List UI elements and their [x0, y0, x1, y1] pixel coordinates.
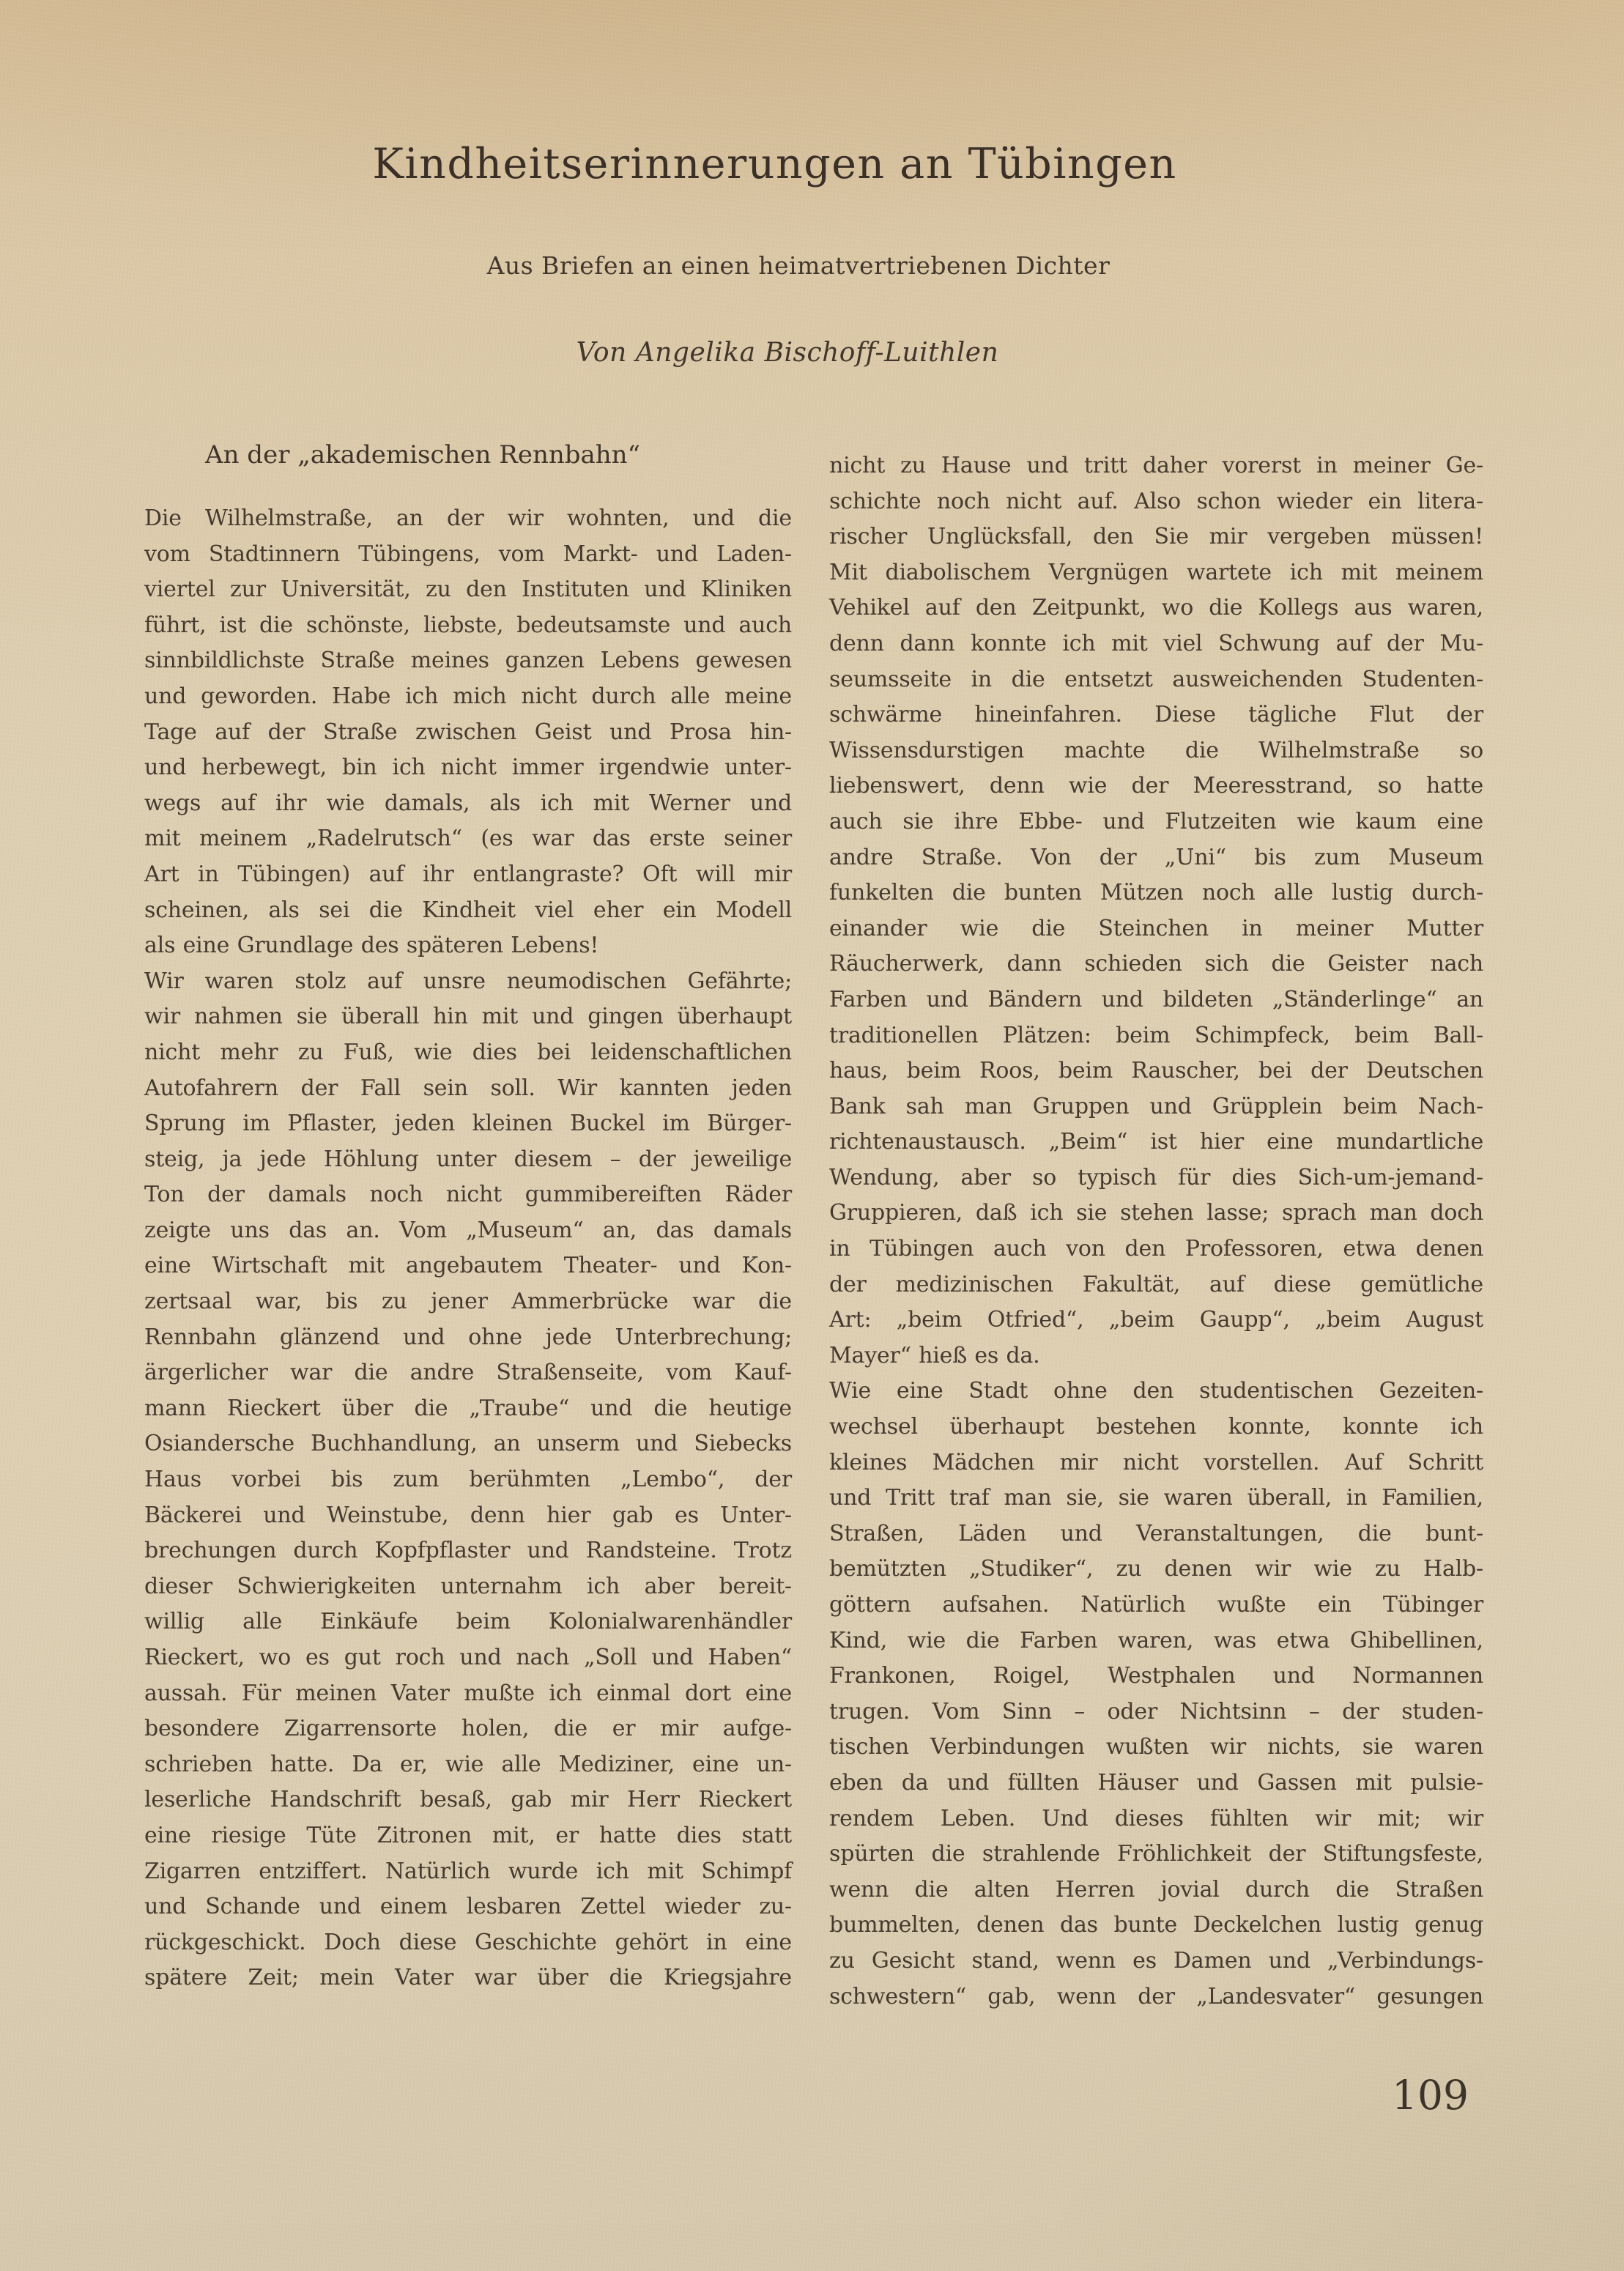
text-line: haus, beim Roos, beim Rauscher, bei der … [829, 1053, 1483, 1089]
text-line: auch sie ihre Ebbe- und Flutzeiten wie k… [829, 804, 1483, 840]
text-line: Die Wilhelmstraße, an der wir wohnten, u… [144, 501, 792, 537]
text-line: spürten die strahlende Fröhlichkeit der … [829, 1837, 1483, 1872]
text-line: rischer Unglücksfall, den Sie mir vergeb… [829, 519, 1483, 555]
text-line: in Tübingen auch von den Professoren, et… [829, 1231, 1483, 1267]
text-line: Art in Tübingen) auf ihr entlangraste? O… [144, 857, 792, 893]
text-line: Zigarren entziffert. Natürlich wurde ich… [144, 1854, 792, 1890]
text-line: willig alle Einkäufe beim Kolonialwarenh… [144, 1604, 792, 1640]
text-line: Farben und Bändern und bildeten „Ständer… [829, 982, 1483, 1018]
text-line: denn dann konnte ich mit viel Schwung au… [829, 626, 1483, 662]
text-line: Straßen, Läden und Veranstaltungen, die … [829, 1516, 1483, 1552]
text-line: leserliche Handschrift besaß, gab mir He… [144, 1782, 792, 1818]
right-column-text: nicht zu Hause und tritt daher vorerst i… [829, 448, 1483, 2015]
text-line: und Schande und einem lesbaren Zettel wi… [144, 1889, 792, 1925]
text-line: viertel zur Universität, zu den Institut… [144, 572, 792, 608]
text-line: ärgerlicher war die andre Straßenseite, … [144, 1355, 792, 1391]
text-line: wechsel überhaupt bestehen konnte, konnt… [829, 1409, 1483, 1445]
text-line: und herbewegt, bin ich nicht immer irgen… [144, 750, 792, 786]
text-line: nicht zu Hause und tritt daher vorerst i… [829, 448, 1483, 484]
page-subtitle: Aus Briefen an einen heimatvertriebenen … [0, 250, 1597, 282]
left-column-text: Die Wilhelmstraße, an der wir wohnten, u… [144, 501, 792, 1996]
text-line: bemützten „Studiker“, zu denen wir wie z… [829, 1552, 1483, 1588]
text-line: göttern aufsahen. Natürlich wußte ein Tü… [829, 1588, 1483, 1623]
text-line: Ton der damals noch nicht gummibereiften… [144, 1177, 792, 1213]
text-line: mann Rieckert über die „Traube“ und die … [144, 1391, 792, 1427]
text-line: vom Stadtinnern Tübingens, vom Markt- un… [144, 537, 792, 573]
text-line: Gruppieren, daß ich sie stehen lasse; sp… [829, 1196, 1483, 1231]
text-line: richtenaustausch. „Beim“ ist hier eine m… [829, 1125, 1483, 1160]
text-line: nicht mehr zu Fuß, wie dies bei leidensc… [144, 1035, 792, 1071]
text-line: eben da und füllten Häuser und Gassen mi… [829, 1766, 1483, 1801]
text-line: steig, ja jede Höhlung unter diesem – de… [144, 1142, 792, 1178]
text-line: Bäckerei und Weinstube, denn hier gab es… [144, 1498, 792, 1534]
text-line: Wir waren stolz auf unsre neumodischen G… [144, 964, 792, 1000]
text-line: Frankonen, Roigel, Westphalen und Norman… [829, 1659, 1483, 1694]
text-line: rendem Leben. Und dieses fühlten wir mit… [829, 1801, 1483, 1837]
text-line: der medizinischen Fakultät, auf diese ge… [829, 1267, 1483, 1303]
text-line: führt, ist die schönste, liebste, bedeut… [144, 608, 792, 644]
text-line: Sprung im Pflaster, jeden kleinen Buckel… [144, 1106, 792, 1142]
text-line: spätere Zeit; mein Vater war über die Kr… [144, 1960, 792, 1996]
text-line: brechungen durch Kopfpflaster und Randst… [144, 1533, 792, 1569]
text-line: Osiandersche Buchhandlung, an unserm und… [144, 1426, 792, 1462]
text-line: kleines Mädchen mir nicht vorstellen. Au… [829, 1445, 1483, 1481]
text-line: Mit diabolischem Vergnügen wartete ich m… [829, 555, 1483, 591]
text-line: Tage auf der Straße zwischen Geist und P… [144, 715, 792, 751]
text-line: Wissensdurstigen machte die Wilhelmstraß… [829, 733, 1483, 769]
left-column: An der „akademischen Rennbahn“ Die Wilhe… [144, 438, 792, 1996]
text-line: rückgeschickt. Doch diese Geschichte geh… [144, 1925, 792, 1961]
text-line: Mayer“ hieß es da. [829, 1338, 1483, 1374]
text-line: mit meinem „Radelrutsch“ (es war das ers… [144, 821, 792, 857]
text-line: Rennbahn glänzend und ohne jede Unterbre… [144, 1320, 792, 1356]
text-line: Vehikel auf den Zeitpunkt, wo die Kolleg… [829, 590, 1483, 626]
text-line: Kind, wie die Farben waren, was etwa Ghi… [829, 1623, 1483, 1659]
text-line: funkelten die bunten Mützen noch alle lu… [829, 875, 1483, 911]
book-page: Kindheitserinnerungen an Tübingen Aus Br… [0, 0, 1624, 2271]
text-line: eine Wirtschaft mit angebautem Theater- … [144, 1248, 792, 1284]
text-line: scheinen, als sei die Kindheit viel eher… [144, 893, 792, 929]
text-line: schrieben hatte. Da er, wie alle Medizin… [144, 1747, 792, 1783]
text-line: wegs auf ihr wie damals, als ich mit Wer… [144, 786, 792, 822]
text-line: Haus vorbei bis zum berühmten „Lembo“, d… [144, 1462, 792, 1498]
text-line: schwärme hineinfahren. Diese tägliche Fl… [829, 697, 1483, 733]
text-line: Autofahrern der Fall sein soll. Wir kann… [144, 1071, 792, 1107]
text-line: andre Straße. Von der „Uni“ bis zum Muse… [829, 840, 1483, 876]
text-line: sinnbildlichste Straße meines ganzen Leb… [144, 643, 792, 679]
text-line: und Tritt traf man sie, sie waren überal… [829, 1481, 1483, 1516]
section-heading: An der „akademischen Rennbahn“ [99, 438, 746, 472]
text-line: zertsaal war, bis zu jener Ammerbrücke w… [144, 1284, 792, 1320]
text-line: zeigte uns das an. Vom „Museum“ an, das … [144, 1213, 792, 1249]
text-line: schichte noch nicht auf. Also schon wied… [829, 484, 1483, 520]
right-column: nicht zu Hause und tritt daher vorerst i… [829, 448, 1483, 2015]
page-title: Kindheitserinnerungen an Tübingen [0, 138, 1549, 190]
text-line: eine riesige Tüte Zitronen mit, er hatte… [144, 1818, 792, 1854]
text-line: wir nahmen sie überall hin mit und ginge… [144, 999, 792, 1035]
text-line: einander wie die Steinchen in meiner Mut… [829, 911, 1483, 947]
text-line: seumsseite in die entsetzt ausweichenden… [829, 662, 1483, 698]
text-line: bummelten, denen das bunte Deckelchen lu… [829, 1908, 1483, 1944]
page-byline: Von Angelika Bischoff-Luithlen [0, 336, 1575, 370]
text-line: schwestern“ gab, wenn der „Landesvater“ … [829, 1979, 1483, 2015]
text-line: besondere Zigarrensorte holen, die er mi… [144, 1711, 792, 1747]
text-line: zu Gesicht stand, wenn es Damen und „Ver… [829, 1944, 1483, 1979]
text-line: Wendung, aber so typisch für dies Sich-u… [829, 1160, 1483, 1196]
page-number: 109 [1392, 2073, 1469, 2117]
text-line: Bank sah man Gruppen und Grüpplein beim … [829, 1089, 1483, 1125]
text-line: tischen Verbindungen wußten wir nichts, … [829, 1730, 1483, 1766]
text-line: und geworden. Habe ich mich nicht durch … [144, 679, 792, 715]
text-line: Räucherwerk, dann schieden sich die Geis… [829, 946, 1483, 982]
text-line: Wie eine Stadt ohne den studentischen Ge… [829, 1374, 1483, 1409]
text-line: trugen. Vom Sinn – oder Nichtsinn – der … [829, 1694, 1483, 1730]
text-line: Art: „beim Otfried“, „beim Gaupp“, „beim… [829, 1303, 1483, 1338]
text-line: als eine Grundlage des späteren Lebens! [144, 928, 792, 964]
text-line: aussah. Für meinen Vater mußte ich einma… [144, 1676, 792, 1712]
text-line: traditionellen Plätzen: beim Schimpfeck,… [829, 1018, 1483, 1054]
text-line: liebenswert, denn wie der Meeresstrand, … [829, 768, 1483, 804]
text-line: Rieckert, wo es gut roch und nach „Soll … [144, 1640, 792, 1676]
text-line: dieser Schwierigkeiten unternahm ich abe… [144, 1569, 792, 1605]
text-line: wenn die alten Herren jovial durch die S… [829, 1872, 1483, 1908]
